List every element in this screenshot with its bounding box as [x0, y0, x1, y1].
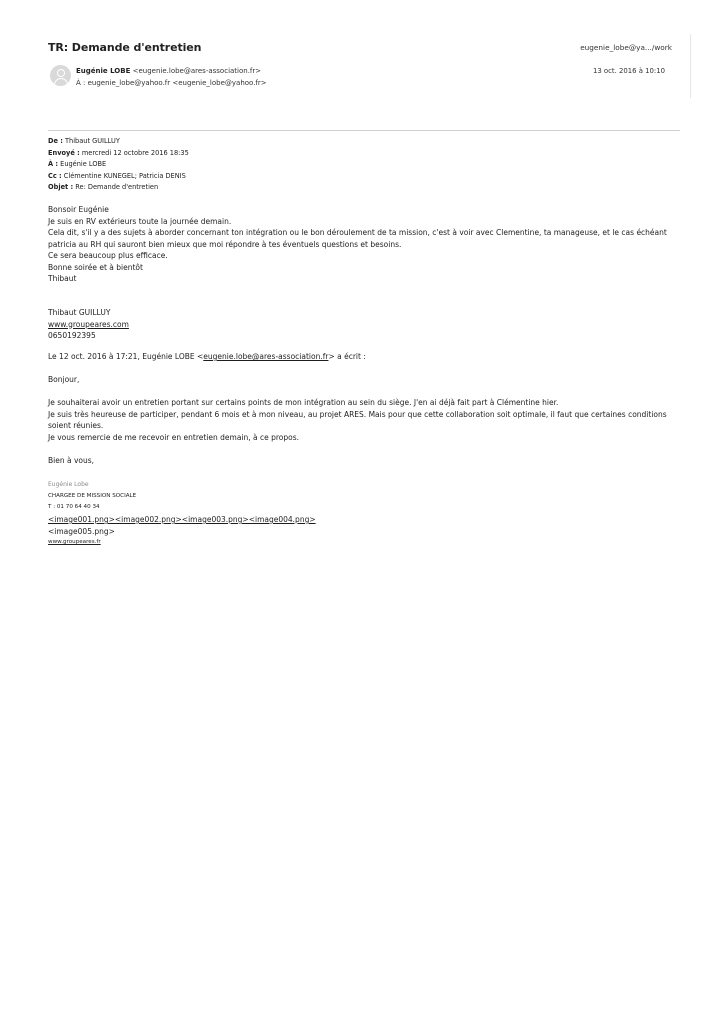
email-date: 13 oct. 2016 à 10:10 — [593, 67, 665, 75]
sender-email: <eugenie.lobe@ares-association.fr> — [133, 67, 262, 75]
reply-line: Je suis en RV extérieurs toute la journé… — [48, 217, 231, 226]
quote-line: soient réunies. — [48, 421, 103, 430]
signature-name: Thibaut GUILLUY — [48, 308, 110, 317]
fwd-cc: Cc : Clémentine KUNEGEL; Patricia DENIS — [48, 172, 186, 180]
to-label: À : — [76, 79, 85, 87]
quote-signature-website-link[interactable]: www.groupeares.fr — [48, 539, 101, 545]
quote-signature-images-link[interactable]: <image001.png><image002.png><image003.pn… — [48, 515, 316, 524]
email-subject: TR: Demande d'entretien — [48, 41, 201, 54]
account-label: eugenie_lobe@ya.../work — [580, 43, 672, 52]
quote-signature-phone: T : 01 70 64 40 34 — [48, 504, 100, 510]
quote-closing: Bien à vous, — [48, 456, 94, 465]
reply-line: Bonne soirée et à bientôt — [48, 263, 143, 272]
reply-line: Thibaut — [48, 274, 76, 283]
quote-intro: Le 12 oct. 2016 à 17:21, Eugénie LOBE <e… — [48, 352, 366, 361]
quote-signature-image005: <image005.png> — [48, 527, 115, 536]
header-divider — [690, 34, 691, 98]
fwd-subject: Objet : Re: Demande d'entretien — [48, 183, 158, 191]
quote-signature-role: CHARGEE DE MISSION SOCIALE — [48, 493, 136, 499]
reply-line: Cela dit, s'il y a des sujets à aborder … — [48, 228, 667, 237]
fwd-sent: Envoyé : mercredi 12 octobre 2016 18:35 — [48, 149, 189, 157]
reply-line: patricia au RH qui sauront bien mieux qu… — [48, 240, 401, 249]
reply-line: Bonsoir Eugénie — [48, 205, 109, 214]
quote-greeting: Bonjour, — [48, 375, 79, 384]
to-value: eugenie_lobe@yahoo.fr <eugenie_lobe@yaho… — [88, 79, 267, 87]
sender-name: Eugénie LOBE — [76, 67, 130, 75]
quote-line: Je suis très heureuse de participer, pen… — [48, 410, 667, 419]
signature-website-link[interactable]: www.groupeares.com — [48, 320, 129, 329]
header-separator — [48, 130, 680, 131]
recipient-line: À : eugenie_lobe@yahoo.fr <eugenie_lobe@… — [76, 79, 267, 87]
signature-phone: 0650192395 — [48, 331, 96, 340]
quote-line: Je vous remercie de me recevoir en entre… — [48, 433, 299, 442]
fwd-to: À : Eugénie LOBE — [48, 160, 106, 168]
reply-line: Ce sera beaucoup plus efficace. — [48, 251, 168, 260]
sender-line: Eugénie LOBE <eugenie.lobe@ares-associat… — [76, 67, 261, 75]
quote-email-link[interactable]: eugenie.lobe@ares-association.fr — [203, 352, 328, 361]
quote-signature-name: Eugénie Lobe — [48, 481, 89, 488]
fwd-from: De : Thibaut GUILLUY — [48, 137, 120, 145]
quote-line: Je souhaiterai avoir un entretien portan… — [48, 398, 558, 407]
user-avatar-icon — [50, 65, 71, 86]
